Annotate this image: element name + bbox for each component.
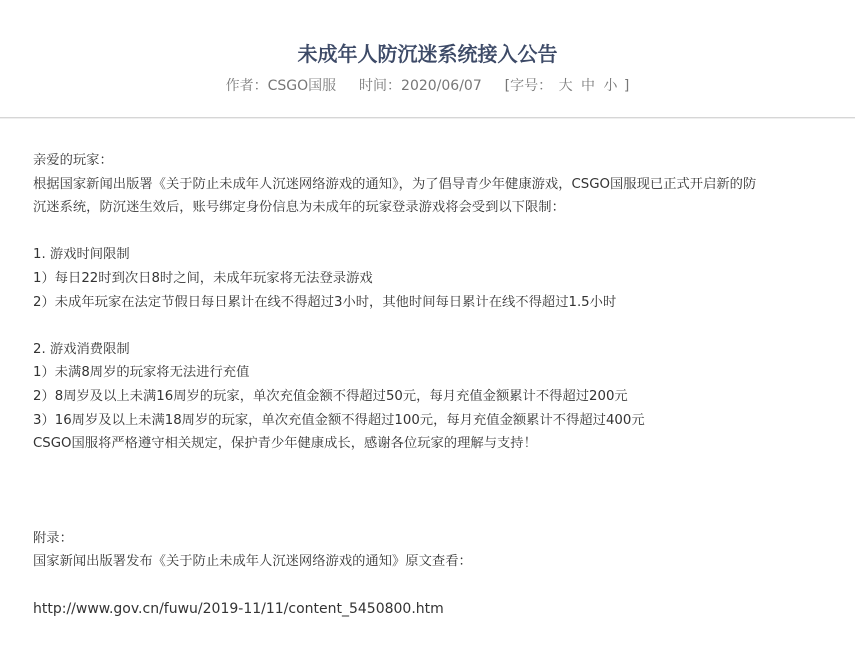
appendix-text: 国家新闻出版署发布《关于防止未成年人沉迷网络游戏的通知》原文查看： (33, 550, 823, 574)
font-size-medium-button[interactable]: 中 (581, 76, 595, 96)
appendix-label: 附录： (33, 527, 823, 551)
time-label: 时间： (359, 76, 401, 96)
publish-date: 2020/06/07 (401, 76, 482, 96)
greeting: 亲爱的玩家： (33, 149, 823, 173)
time-limit-item: 1）每日22时到次日8时之间，未成年玩家将无法登录游戏 (33, 267, 823, 291)
font-size-label: [字号： (505, 76, 552, 96)
intro-paragraph-line-1: 根据国家新闻出版署《关于防止未成年人沉迷网络游戏的通知》，为了倡导青少年健康游戏… (33, 173, 823, 197)
time-limit-item: 2）未成年玩家在法定节假日每日累计在线不得超过3小时，其他时间每日累计在线不得超… (33, 291, 823, 315)
font-size-close-bracket: ] (624, 76, 629, 96)
font-size-small-button[interactable]: 小 (603, 76, 617, 96)
font-size-large-button[interactable]: 大 (559, 76, 573, 96)
intro-paragraph-line-2: 沉迷系统，防沉迷生效后，账号绑定身份信息为未成年的玩家登录游戏将会受到以下限制： (33, 196, 823, 220)
article-body: 亲爱的玩家： 根据国家新闻出版署《关于防止未成年人沉迷网络游戏的通知》，为了倡导… (33, 149, 823, 621)
spending-limit-item: 2）8周岁及以上未满16周岁的玩家，单次充值金额不得超过50元，每月充值金额累计… (33, 385, 823, 409)
author-name: CSGO国服 (268, 76, 337, 96)
appendix-link[interactable]: http://www.gov.cn/fuwu/2019-11/11/conten… (33, 601, 444, 617)
header-divider (0, 117, 855, 119)
author-label: 作者： (226, 76, 268, 96)
article-header: 未成年人防沉迷系统接入公告 作者：CSGO国服 时间：2020/06/07 [字… (0, 0, 855, 117)
section-spending-limit-heading: 2. 游戏消费限制 (33, 338, 823, 362)
article-title: 未成年人防沉迷系统接入公告 (0, 40, 855, 68)
spending-limit-item: 3）16周岁及以上未满18周岁的玩家，单次充值金额不得超过100元，每月充值金额… (33, 409, 823, 433)
section-time-limit-heading: 1. 游戏时间限制 (33, 243, 823, 267)
spending-limit-item: 1）未满8周岁的玩家将无法进行充值 (33, 361, 823, 385)
article-meta: 作者：CSGO国服 时间：2020/06/07 [字号： 大 中 小 ] (0, 76, 855, 96)
closing-statement: CSGO国服将严格遵守相关规定，保护青少年健康成长，感谢各位玩家的理解与支持！ (33, 432, 823, 456)
